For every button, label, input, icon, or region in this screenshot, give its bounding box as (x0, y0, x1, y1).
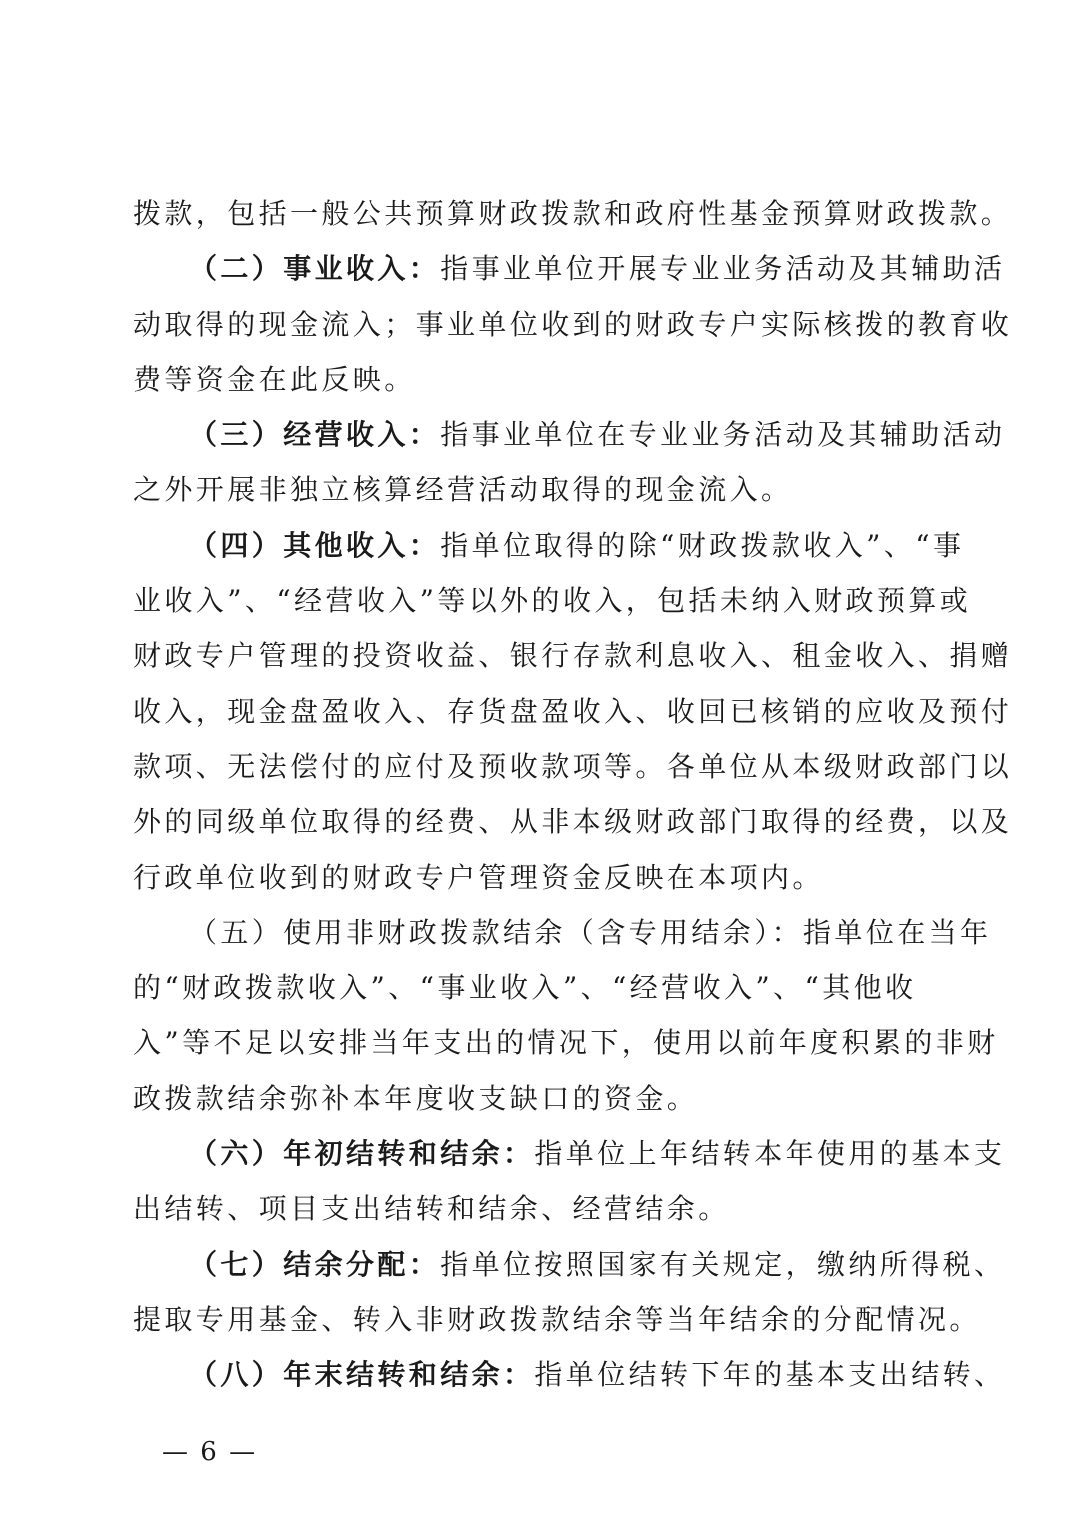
line-text: 指单位取得的除“财政拨款收入”、“事 (440, 529, 964, 562)
line-text: 外的同级单位取得的经费、从非本级财政部门取得的经费，以及 (133, 805, 1012, 838)
section-heading-6: （六）年初结转和结余： (189, 1137, 534, 1170)
page-number: — 6 — (162, 1432, 257, 1472)
section-heading-5: （五）使用非财政拨款结余（含专用结余）： (189, 916, 803, 949)
section-heading-7: （七）结余分配： (189, 1248, 440, 1281)
line-text: 指单位结转下年的基本支出结转、 (534, 1358, 1005, 1391)
text-line-1: 拨款，包括一般公共预算财政拨款和政府性基金预算财政拨款。 (133, 186, 939, 241)
text-line-21: 提取专用基金、转入非财政拨款结余等当年结余的分配情况。 (133, 1292, 939, 1347)
text-line-16: 入”等不足以安排当年支出的情况下，使用以前年度积累的非财 (133, 1015, 939, 1070)
line-text: 入”等不足以安排当年支出的情况下，使用以前年度积累的非财 (133, 1026, 999, 1059)
text-line-13: 行政单位收到的财政专户管理资金反映在本项内。 (133, 850, 939, 905)
line-text: 收入，现金盘盈收入、存货盘盈收入、收回已核销的应收及预付 (133, 695, 1012, 728)
text-line-3: 动取得的现金流入；事业单位收到的财政专户实际核拨的教育收 (133, 297, 939, 352)
text-line-12: 外的同级单位取得的经费、从非本级财政部门取得的经费，以及 (133, 794, 939, 849)
line-text: 款项、无法偿付的应付及预收款项等。各单位从本级财政部门以 (133, 750, 1012, 783)
text-line-15: 的“财政拨款收入”、“事业收入”、“经营收入”、“其他收 (133, 960, 939, 1015)
section-heading-3: （三）经营收入： (189, 418, 440, 451)
text-line-19: 出结转、项目支出结转和结余、经营结余。 (133, 1181, 939, 1236)
line-text: 指单位按照国家有关规定，缴纳所得税、 (440, 1248, 1005, 1281)
line-text: 指事业单位开展专业业务活动及其辅助活 (440, 252, 1005, 285)
text-line-9: 财政专户管理的投资收益、银行存款利息收入、租金收入、捐赠 (133, 628, 939, 683)
line-text: 业收入”、“经营收入”等以外的收入，包括未纳入财政预算或 (133, 584, 971, 617)
line-text: 的“财政拨款收入”、“事业收入”、“经营收入”、“其他收 (133, 971, 916, 1004)
text-line-22: （八）年末结转和结余：指单位结转下年的基本支出结转、 (133, 1347, 939, 1402)
text-line-20: （七）结余分配：指单位按照国家有关规定，缴纳所得税、 (133, 1237, 939, 1292)
line-text: 拨款，包括一般公共预算财政拨款和政府性基金预算财政拨款。 (133, 197, 1012, 230)
text-line-10: 收入，现金盘盈收入、存货盘盈收入、收回已核销的应收及预付 (133, 684, 939, 739)
line-text: 之外开展非独立核算经营活动取得的现金流入。 (133, 473, 792, 506)
text-line-8: 业收入”、“经营收入”等以外的收入，包括未纳入财政预算或 (133, 573, 939, 628)
line-text: 行政单位收到的财政专户管理资金反映在本项内。 (133, 861, 824, 894)
text-line-2: （二）事业收入：指事业单位开展专业业务活动及其辅助活 (133, 241, 939, 296)
text-line-5: （三）经营收入：指事业单位在专业业务活动及其辅助活动 (133, 407, 939, 462)
text-line-7: （四）其他收入：指单位取得的除“财政拨款收入”、“事 (133, 518, 939, 573)
line-text: 指单位在当年 (803, 916, 991, 949)
text-line-6: 之外开展非独立核算经营活动取得的现金流入。 (133, 462, 939, 517)
line-text: 指单位上年结转本年使用的基本支 (534, 1137, 1005, 1170)
section-heading-2: （二）事业收入： (189, 252, 440, 285)
text-line-4: 费等资金在此反映。 (133, 352, 939, 407)
section-heading-4: （四）其他收入： (189, 529, 440, 562)
text-line-14: （五）使用非财政拨款结余（含专用结余）：指单位在当年 (133, 905, 939, 960)
line-text: 动取得的现金流入；事业单位收到的财政专户实际核拨的教育收 (133, 308, 1012, 341)
line-text: 政拨款结余弥补本年度收支缺口的资金。 (133, 1082, 698, 1115)
line-text: 提取专用基金、转入非财政拨款结余等当年结余的分配情况。 (133, 1303, 981, 1336)
document-body: 拨款，包括一般公共预算财政拨款和政府性基金预算财政拨款。 （二）事业收入：指事业… (133, 186, 939, 1403)
line-text: 出结转、项目支出结转和结余、经营结余。 (133, 1192, 730, 1225)
text-line-18: （六）年初结转和结余：指单位上年结转本年使用的基本支 (133, 1126, 939, 1181)
line-text: 指事业单位在专业业务活动及其辅助活动 (440, 418, 1005, 451)
text-line-17: 政拨款结余弥补本年度收支缺口的资金。 (133, 1071, 939, 1126)
line-text: 财政专户管理的投资收益、银行存款利息收入、租金收入、捐赠 (133, 639, 1012, 672)
section-heading-8: （八）年末结转和结余： (189, 1358, 534, 1391)
text-line-11: 款项、无法偿付的应付及预收款项等。各单位从本级财政部门以 (133, 739, 939, 794)
line-text: 费等资金在此反映。 (133, 363, 416, 396)
